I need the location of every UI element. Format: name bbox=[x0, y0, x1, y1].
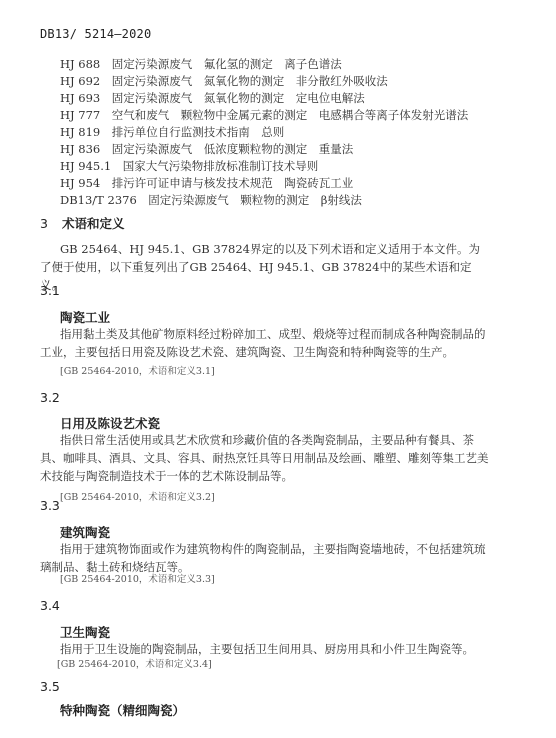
section-number: 3 bbox=[40, 216, 48, 231]
reference-item: HJ 693 固定污染源废气 氮氧化物的测定 定电位电解法 bbox=[60, 90, 365, 106]
section-heading: 3术语和定义 bbox=[40, 214, 124, 232]
definition-text: 指供日常生活使用或具艺术欣赏和珍藏价值的各类陶瓷制品，主要品种有餐具、茶具、咖啡… bbox=[40, 433, 489, 483]
clause-number: 3.2 bbox=[40, 390, 60, 405]
reference-item: HJ 777 空气和废气 颗粒物中金属元素的测定 电感耦合等离子体发射光谱法 bbox=[60, 107, 468, 123]
reference-item: HJ 688 固定污染源废气 氟化氢的测定 离子色谱法 bbox=[60, 56, 342, 72]
term-source: [GB 25464-2010，术语和定义3.1] bbox=[60, 363, 215, 377]
definition-text: 指用黏土类及其他矿物原料经过粉碎加工、成型、煅烧等过程而制成各种陶瓷制品的工业，… bbox=[40, 327, 486, 359]
term-source: [GB 25464-2010，术语和定义3.4] bbox=[57, 656, 212, 670]
reference-item: HJ 692 固定污染源废气 氮氧化物的测定 非分散红外吸收法 bbox=[60, 73, 388, 89]
clause-number: 3.1 bbox=[40, 283, 60, 298]
clause-number: 3.3 bbox=[40, 498, 60, 513]
term-definition: 指用黏土类及其他矿物原料经过粉碎加工、成型、煅烧等过程而制成各种陶瓷制品的工业，… bbox=[40, 325, 490, 361]
term-definition: 指供日常生活使用或具艺术欣赏和珍藏价值的各类陶瓷制品，主要品种有餐具、茶具、咖啡… bbox=[40, 431, 490, 485]
reference-item: HJ 819 排污单位自行监测技术指南 总则 bbox=[60, 124, 284, 140]
section-intro-paragraph: GB 25464、HJ 945.1、GB 37824界定的以及下列术语和定义适用… bbox=[40, 240, 490, 294]
clause-number: 3.5 bbox=[40, 679, 60, 694]
reference-item: DB13/T 2376 固定污染源废气 颗粒物的测定 β射线法 bbox=[60, 192, 362, 208]
term-source: [GB 25464-2010，术语和定义3.2] bbox=[60, 489, 215, 503]
term-heading: 卫生陶瓷 bbox=[60, 623, 110, 641]
term-heading: 建筑陶瓷 bbox=[60, 523, 110, 541]
reference-item: HJ 945.1 国家大气污染物排放标准制订技术导则 bbox=[60, 158, 318, 174]
term-heading: 特种陶瓷（精细陶瓷） bbox=[60, 701, 185, 719]
reference-item: HJ 836 固定污染源废气 低浓度颗粒物的测定 重量法 bbox=[60, 141, 353, 157]
definition-text: 指用于建筑物饰面或作为建筑物构件的陶瓷制品，主要指陶瓷墙地砖，不包括建筑琉璃制品… bbox=[40, 542, 486, 574]
reference-item: HJ 954 排污许可证申请与核发技术规范 陶瓷砖瓦工业 bbox=[60, 175, 353, 191]
term-heading: 陶瓷工业 bbox=[60, 308, 110, 326]
clause-number: 3.4 bbox=[40, 598, 60, 613]
term-source: [GB 25464-2010，术语和定义3.3] bbox=[60, 571, 215, 585]
term-heading: 日用及陈设艺术瓷 bbox=[60, 414, 160, 432]
section-title: 术语和定义 bbox=[62, 216, 125, 231]
document-number-header: DB13/ 5214—2020 bbox=[40, 27, 151, 41]
intro-text: GB 25464、HJ 945.1、GB 37824界定的以及下列术语和定义适用… bbox=[40, 242, 480, 292]
definition-text: 指用于卫生设施的陶瓷制品，主要包括卫生间用具、厨房用具和小件卫生陶瓷等。 bbox=[60, 642, 474, 656]
